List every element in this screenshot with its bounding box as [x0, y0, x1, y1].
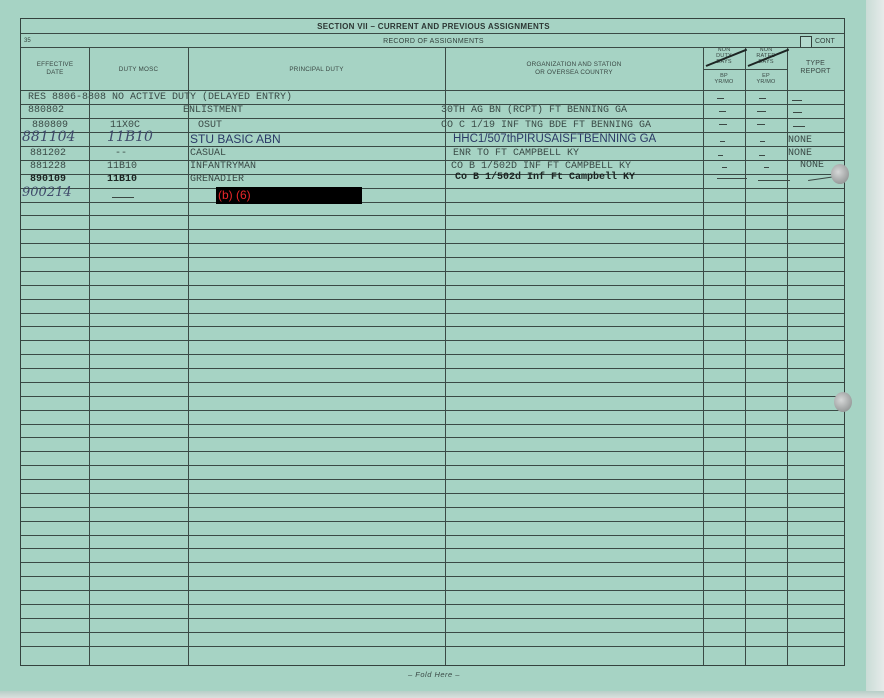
record-title: RECORD OF ASSIGNMENTS: [21, 38, 846, 45]
entry-7-mosc-dash: [112, 197, 134, 198]
entry-3-bp-dash: [720, 141, 725, 142]
entry-2-bp-dash: [719, 124, 727, 125]
row-line: [21, 479, 844, 480]
row-line: [21, 340, 844, 341]
header-type-report: TYPE REPORT: [787, 60, 844, 76]
entry-3-date: 881104: [22, 131, 75, 143]
header-principal-duty: PRINCIPAL DUTY: [188, 66, 445, 74]
header-organization: ORGANIZATION AND STATION OR OVERSEA COUN…: [445, 61, 703, 77]
header-duty-mosc: DUTY MOSC: [89, 66, 188, 74]
row-line: [21, 632, 844, 633]
row-line: [21, 160, 844, 161]
entry-7-date: 900214: [22, 187, 72, 199]
entry-5-date: 881228: [30, 161, 66, 173]
redaction-block: (b) (6): [216, 187, 362, 204]
entry-4-type: NONE: [788, 148, 812, 160]
entry-4-ep-dash: [759, 155, 765, 156]
divider: [21, 33, 844, 34]
entry-5-duty: INFANTRYMAN: [190, 161, 256, 173]
row-line: [21, 535, 844, 536]
cont-label: CONT: [815, 38, 835, 45]
row-line: [21, 410, 844, 411]
entry-1-type-dash: [793, 112, 802, 113]
page-edge-right: [866, 0, 884, 698]
entry-3-org: HHC1/507thPIRUSAISFTBENNING GA: [453, 133, 656, 145]
row-line: [21, 465, 844, 466]
row-line: [21, 104, 844, 105]
entry-6-bp-dash: [717, 178, 747, 179]
row-line: [21, 451, 844, 452]
row-line: [21, 326, 844, 327]
row-line: [21, 604, 844, 605]
entry-0-date: RES 8806-8808 NO ACTIVE DUTY (DELAYED EN…: [28, 92, 292, 104]
entry-6-duty: GRENADIER: [190, 174, 244, 186]
entry-3-mosc: 11B10: [107, 131, 153, 143]
punch-hole-lower: [834, 392, 852, 412]
entry-0-ep-dash: [759, 98, 766, 99]
divider: [703, 69, 787, 70]
entry-5-ep-dash: [764, 167, 769, 168]
punch-hole-upper: [831, 164, 849, 184]
entry-4-bp-dash: [718, 155, 723, 156]
row-line: [21, 618, 844, 619]
entry-3-ep-dash: [760, 141, 765, 142]
column-divider: [89, 47, 90, 665]
entry-5-type: NONE: [800, 160, 824, 172]
entry-2-duty: OSUT: [198, 120, 222, 132]
entry-3-duty: STU BASIC ABN: [190, 133, 281, 145]
column-divider: [703, 47, 704, 665]
header-effective-date: EFFECTIVE DATE: [21, 61, 89, 77]
header-bottom-divider: [21, 90, 844, 91]
row-line: [21, 493, 844, 494]
entry-6-ep-dash: [758, 180, 790, 181]
row-line: [21, 285, 844, 286]
row-line: [21, 382, 844, 383]
entry-4-date: 881202: [30, 148, 66, 160]
row-line: [21, 118, 844, 119]
entry-2-org: CO C 1/19 INF TNG BDE FT BENNING GA: [441, 120, 651, 132]
row-line: [21, 507, 844, 508]
entry-1-duty: ENLISTMENT: [183, 105, 243, 117]
entry-1-bp-dash: [719, 111, 726, 112]
entry-6-mosc: 11B10: [107, 174, 137, 186]
entry-2-ep-dash: [757, 124, 765, 125]
row-line: [21, 521, 844, 522]
record-of-assignments-table: SECTION VII – CURRENT AND PREVIOUS ASSIG…: [20, 18, 845, 666]
entry-1-org: 30TH AG BN (RCPT) FT BENNING GA: [441, 105, 627, 117]
column-divider: [445, 47, 446, 665]
header-ep: EP YR/MO: [745, 73, 787, 85]
section-title: SECTION VII – CURRENT AND PREVIOUS ASSIG…: [21, 22, 846, 31]
entry-3-type: NONE: [788, 135, 812, 147]
entry-0-type-dash: [792, 100, 802, 101]
redaction-label: (b) (6): [218, 188, 251, 202]
entry-5-bp-dash: [722, 167, 727, 168]
row-line: [21, 590, 844, 591]
entry-4-mosc: --: [115, 148, 127, 160]
row-line: [21, 257, 844, 258]
entry-0-bp-dash: [717, 98, 724, 99]
row-line: [21, 188, 844, 189]
row-line: [21, 548, 844, 549]
page-edge-bottom: [0, 691, 884, 698]
row-line: [21, 354, 844, 355]
fold-here-label: – Fold Here –: [0, 670, 868, 679]
row-line: [21, 646, 844, 647]
row-line: [21, 576, 844, 577]
row-line: [21, 396, 844, 397]
entry-1-ep-dash: [757, 111, 766, 112]
entry-4-duty: CASUAL: [190, 148, 226, 160]
row-line: [21, 243, 844, 244]
row-line: [21, 215, 844, 216]
entry-1-date: 880802: [28, 105, 64, 117]
column-divider: [188, 47, 189, 665]
row-line: [21, 229, 844, 230]
row-line: [21, 313, 844, 314]
row-line: [21, 562, 844, 563]
entry-2-type-dash: [793, 126, 805, 127]
row-line: [21, 368, 844, 369]
column-divider: [745, 47, 746, 665]
row-line: [21, 202, 844, 203]
entry-4-org: ENR TO FT CAMPBELL KY: [453, 148, 579, 160]
row-line: [21, 146, 844, 147]
entry-6-org: Co B 1/502d Inf Ft Campbell KY: [455, 172, 635, 184]
row-line: [21, 174, 844, 175]
row-line: [21, 437, 844, 438]
row-line: [21, 271, 844, 272]
entry-5-mosc: 11B10: [107, 161, 137, 173]
header-bp: BP YR/MO: [703, 73, 745, 85]
row-line: [21, 424, 844, 425]
row-line: [21, 299, 844, 300]
